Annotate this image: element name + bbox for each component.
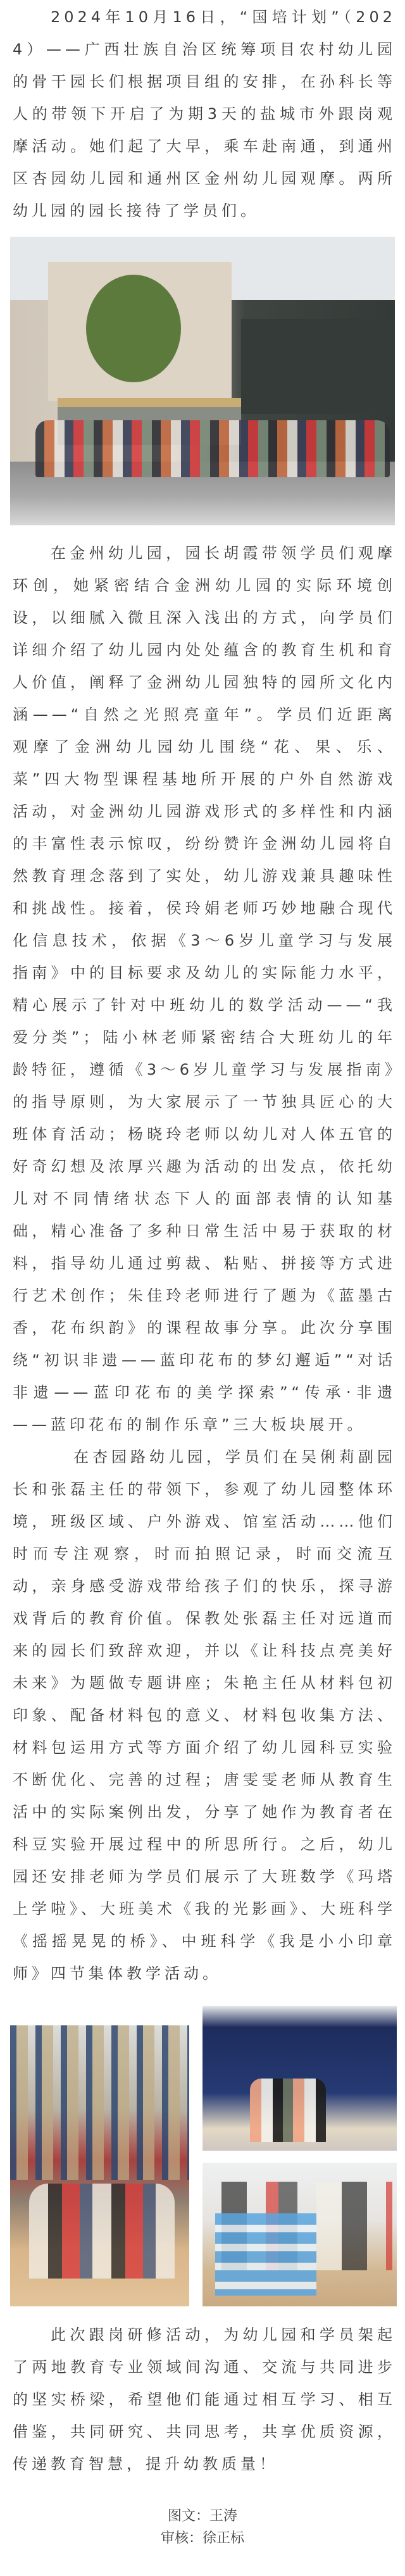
photo-led-screen [241, 319, 395, 414]
xingyuan-kindergarten-paragraph: 在杏园路幼儿园，学员们在吴俐莉副园长和张磊主任的带领下，参观了幼儿园整体环境，班… [13, 1441, 396, 1990]
photo-hanging-fabric [10, 2025, 189, 2180]
group-photo-kindergarten-gate [10, 237, 395, 525]
photo-visitors [29, 2184, 175, 2279]
photo-science-hall-group [202, 2006, 397, 2151]
photo-group-of-people [250, 2079, 326, 2142]
intro-paragraph: 2024年10月16日，“国培计划”（2024）——广西壮族自治区统筹项目农村幼… [13, 1, 396, 227]
author-credit: 图文：王涛 [0, 2505, 405, 2527]
jinzhou-kindergarten-paragraph: 在金州幼儿园，园长胡霞带领学员们观摩环创，她紧密结合金洲幼儿园的实际环境创设，以… [13, 537, 396, 1441]
closing-paragraph: 此次跟岗研修活动，为幼儿园和学员架起了两地教育专业领域间沟通、交流与共同进步的坚… [13, 2319, 396, 2480]
photo-science-kit-boxes [215, 2213, 316, 2296]
article-credits: 图文：王涛 审核：徐正标 [0, 2505, 405, 2549]
photo-tree [86, 275, 181, 382]
reviewer-credit: 审核：徐正标 [0, 2527, 405, 2549]
photo-group-of-people [35, 420, 390, 477]
article-body: 在金州幼儿园，园长胡霞带领学员们观摩环创，她紧密结合金洲幼儿园的实际环境创设，以… [13, 537, 396, 1990]
photo-indigo-fabric-exhibit [10, 2025, 189, 2306]
photo-classroom-observation [202, 2163, 397, 2306]
